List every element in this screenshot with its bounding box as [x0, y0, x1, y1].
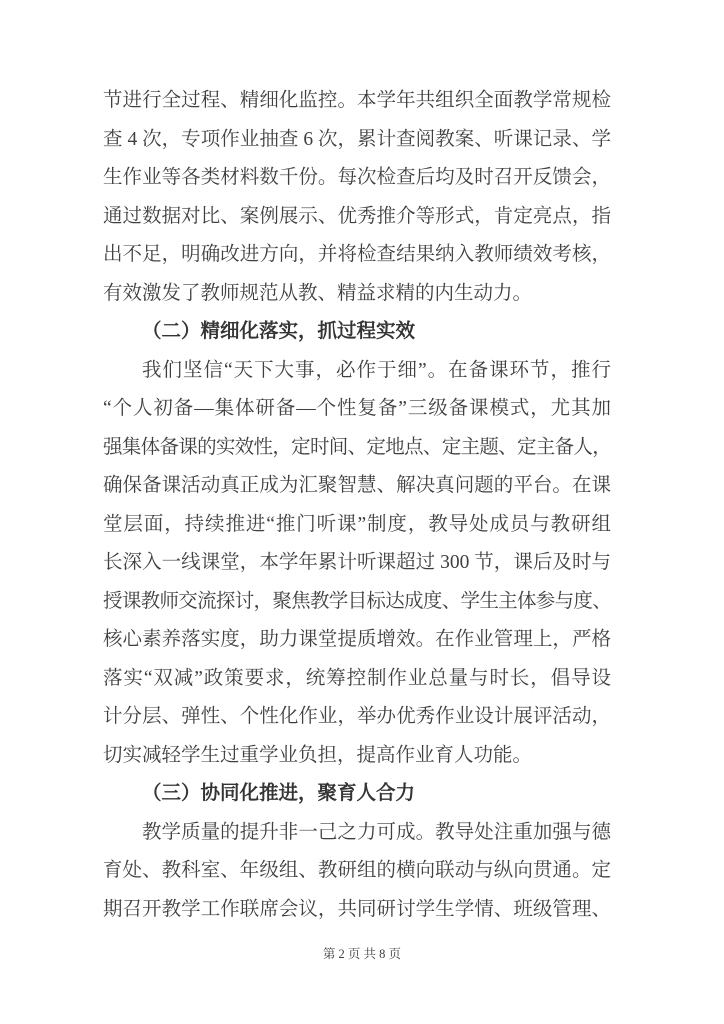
- body-line: 节进行全过程、精细化监控。本学年共组织全面教学常规检: [103, 82, 611, 121]
- body-line: 我们坚信“天下大事，必作于细”。在备课环节，推行: [103, 352, 611, 391]
- body-line: “个人初备—集体研备—个性复备”三级备课模式，尤其加: [103, 390, 611, 429]
- body-line: 确保备课活动真正成为汇聚智慧、解决真问题的平台。在课: [103, 467, 611, 506]
- body-line: 期召开教学工作联席会议，共同研讨学生学情、班级管理、: [103, 891, 611, 930]
- body-line: 通过数据对比、案例展示、优秀推介等形式，肯定亮点，指: [103, 198, 611, 237]
- body-line: 落实“双减”政策要求，统筹控制作业总量与时长，倡导设: [103, 660, 611, 699]
- body-line: 教学质量的提升非一己之力可成。教导处注重加强与德: [103, 814, 611, 853]
- document-body: 节进行全过程、精细化监控。本学年共组织全面教学常规检 查 4 次，专项作业抽查 …: [103, 82, 611, 929]
- body-line: 授课教师交流探讨，聚焦教学目标达成度、学生主体参与度、: [103, 583, 611, 622]
- page-number-footer: 第 2 页 共 8 页: [0, 946, 724, 963]
- document-page: 节进行全过程、精细化监控。本学年共组织全面教学常规检 查 4 次，专项作业抽查 …: [0, 0, 724, 1024]
- body-line: 查 4 次，专项作业抽查 6 次，累计查阅教案、听课记录、学: [103, 121, 611, 160]
- body-line: 生作业等各类材料数千份。每次检查后均及时召开反馈会，: [103, 159, 611, 198]
- body-line: 核心素养落实度，助力课堂提质增效。在作业管理上，严格: [103, 621, 611, 660]
- body-line: 计分层、弹性、个性化作业，举办优秀作业设计展评活动，: [103, 698, 611, 737]
- body-line: 堂层面，持续推进“推门听课”制度，教导处成员与教研组: [103, 506, 611, 545]
- body-line: 有效激发了教师规范从教、精益求精的内生动力。: [103, 275, 611, 314]
- body-line: 育处、教科室、年级组、教研组的横向联动与纵向贯通。定: [103, 852, 611, 891]
- section-heading-3: （三）协同化推进，聚育人合力: [103, 775, 611, 814]
- body-line: 切实减轻学生过重学业负担，提高作业育人功能。: [103, 737, 611, 776]
- body-line: 强集体备课的实效性，定时间、定地点、定主题、定主备人，: [103, 429, 611, 468]
- body-line: 出不足，明确改进方向，并将检查结果纳入教师绩效考核，: [103, 236, 611, 275]
- section-heading-2: （二）精细化落实，抓过程实效: [103, 313, 611, 352]
- body-line: 长深入一线课堂，本学年累计听课超过 300 节，课后及时与: [103, 544, 611, 583]
